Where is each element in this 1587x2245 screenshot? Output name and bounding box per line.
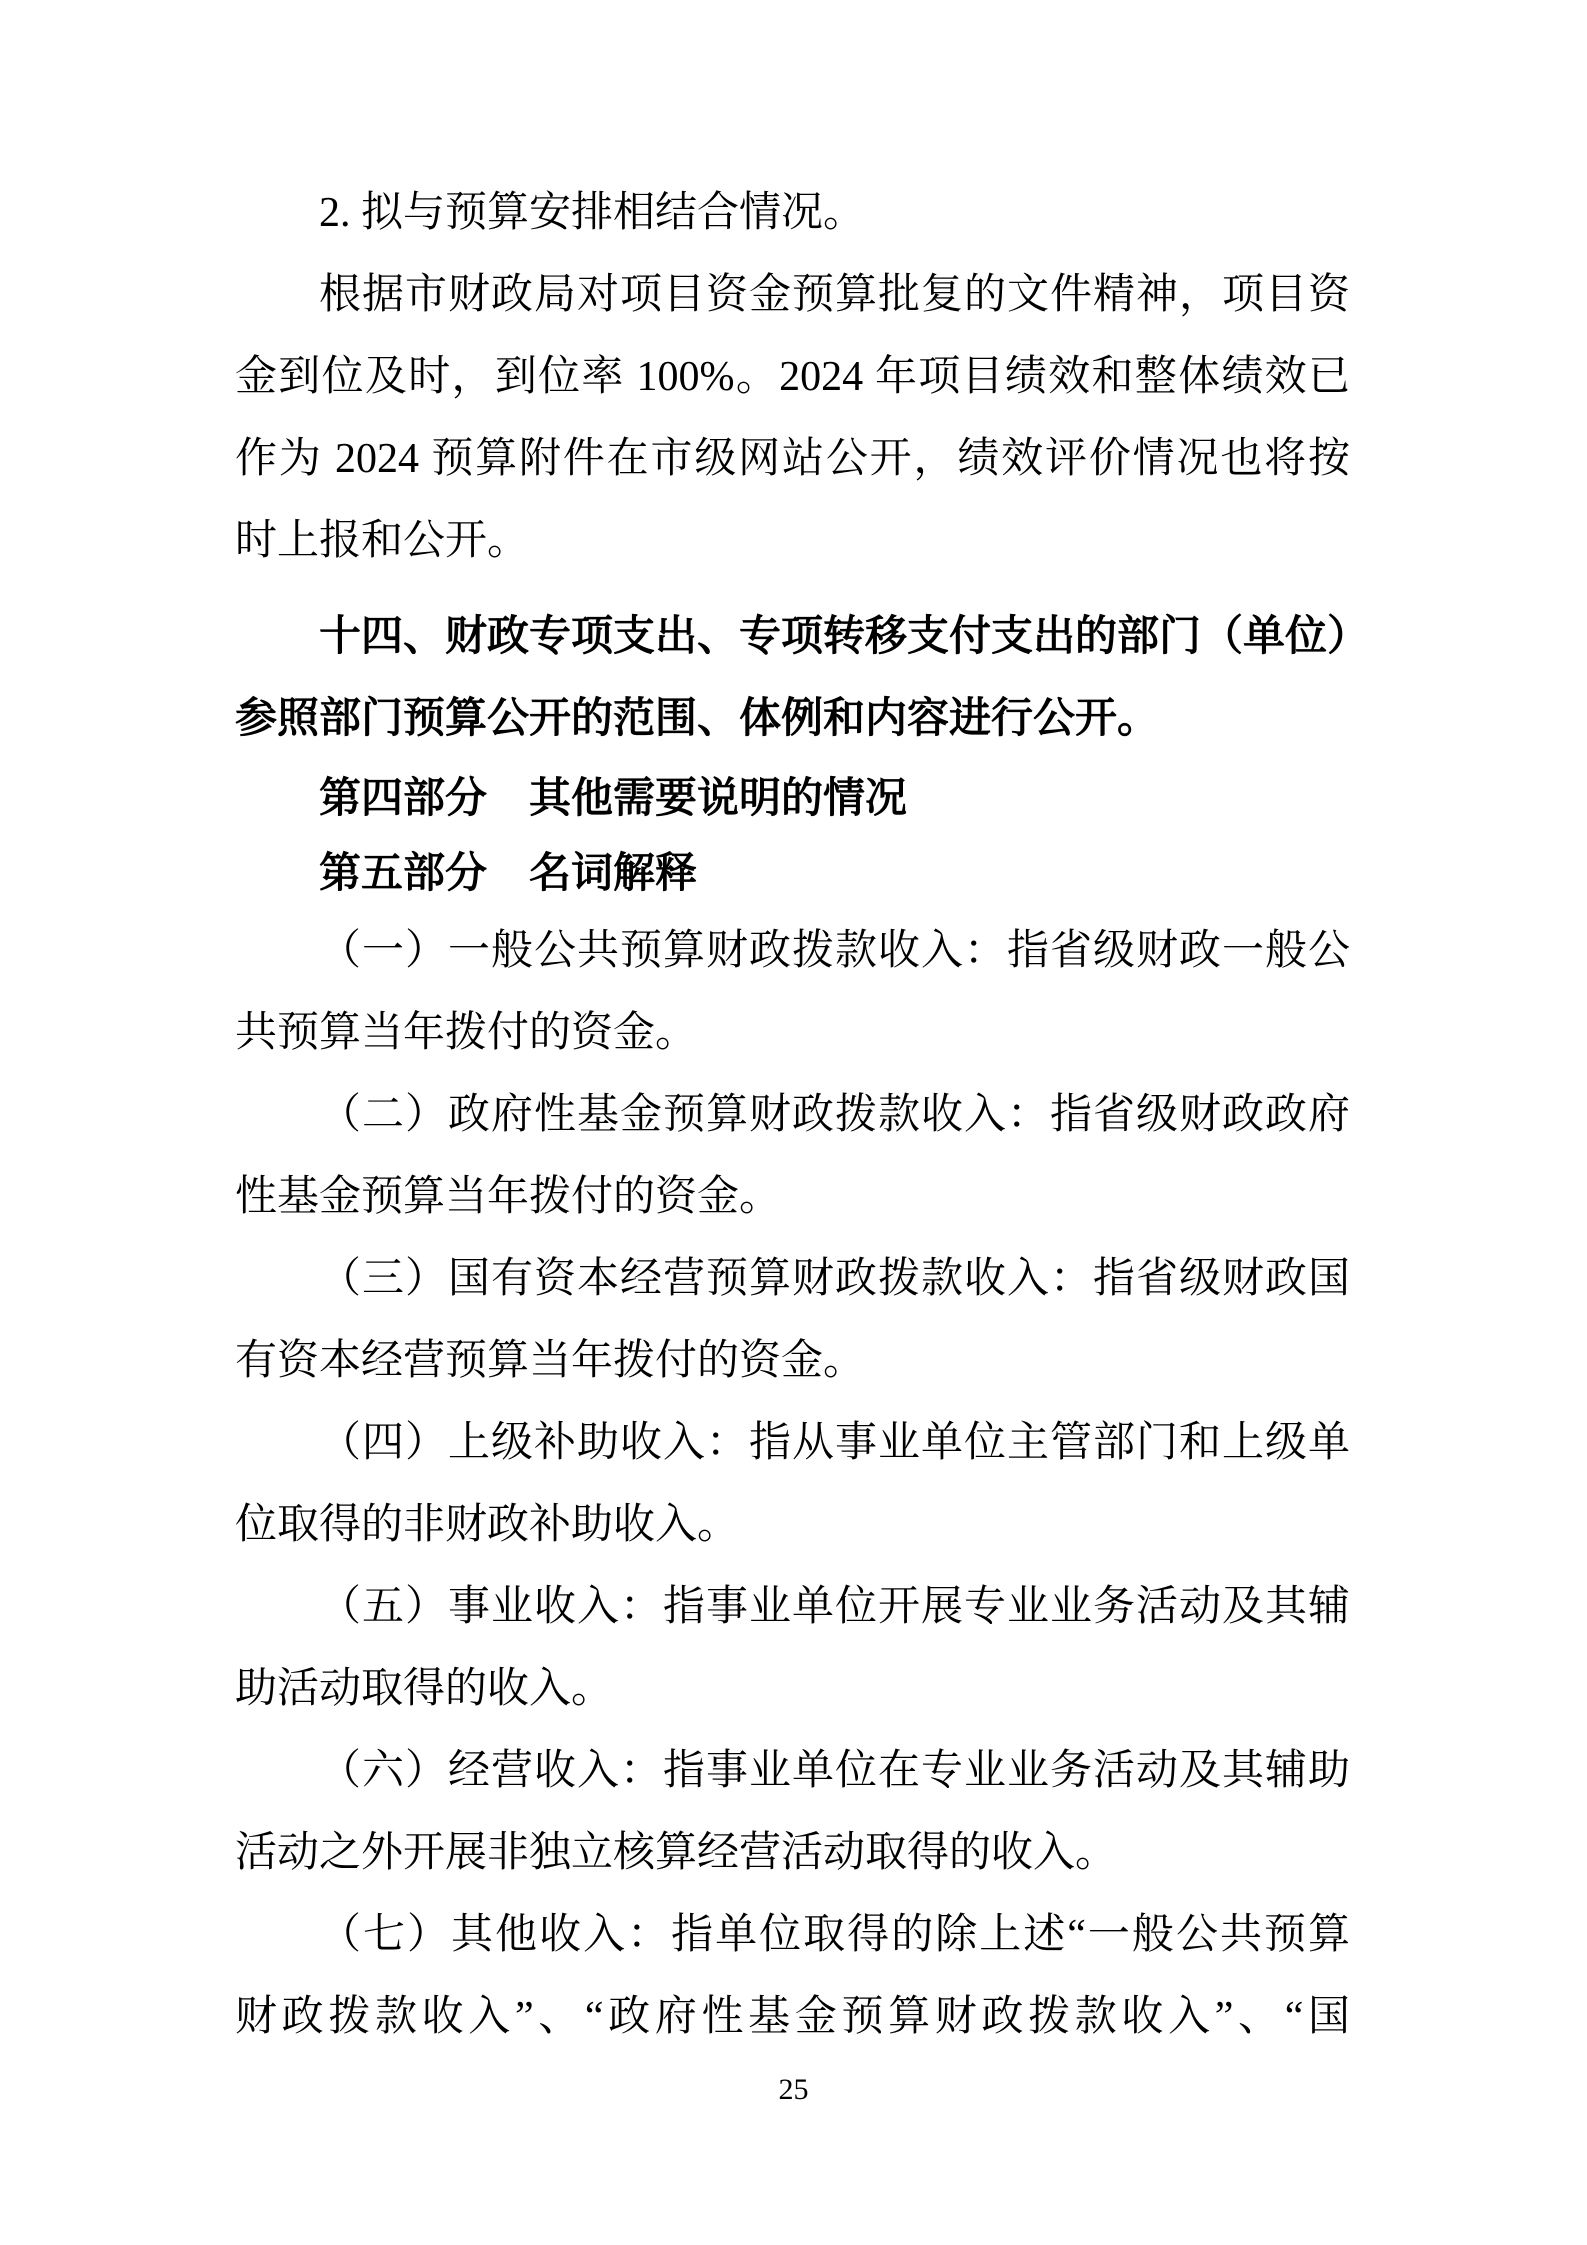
paragraph: 十四、财政专项支出、专项转移支付支出的部门（单位）参照部门预算公开的范围、体例和… [235, 596, 1350, 760]
text-line: 时上报和公开。 [235, 500, 1350, 582]
text-line: 共预算当年拨付的资金。 [235, 992, 1350, 1074]
text-line: （二）政府性基金预算财政拨款收入：指省级财政政府 [235, 1074, 1350, 1156]
paragraph: （七）其他收入：指单位取得的除上述“一般公共预算财政拨款收入”、“政府性基金预算… [235, 1894, 1350, 2058]
text-line: （三）国有资本经营预算财政拨款收入：指省级财政国 [235, 1238, 1350, 1320]
text-line: （七）其他收入：指单位取得的除上述“一般公共预算 [235, 1894, 1350, 1976]
text-line: 有资本经营预算当年拨付的资金。 [235, 1320, 1350, 1402]
text-line: （一）一般公共预算财政拨款收入：指省级财政一般公 [235, 910, 1350, 992]
paragraph: （六）经营收入：指事业单位在专业业务活动及其辅助活动之外开展非独立核算经营活动取… [235, 1730, 1350, 1894]
text-line: 十四、财政专项支出、专项转移支付支出的部门（单位） [235, 596, 1350, 678]
text-line: （四）上级补助收入：指从事业单位主管部门和上级单 [235, 1402, 1350, 1484]
text-line: 第四部分 其他需要说明的情况 [235, 760, 1350, 835]
text-line: 2. 拟与预算安排相结合情况。 [235, 172, 1350, 254]
text-line: （六）经营收入：指事业单位在专业业务活动及其辅助 [235, 1730, 1350, 1812]
paragraph: 第四部分 其他需要说明的情况 [235, 760, 1350, 835]
text-line: 金到位及时，到位率 100%。2024 年项目绩效和整体绩效已 [235, 336, 1350, 418]
text-line: 活动之外开展非独立核算经营活动取得的收入。 [235, 1812, 1350, 1894]
text-line: 助活动取得的收入。 [235, 1648, 1350, 1730]
text-line: 作为 2024 预算附件在市级网站公开，绩效评价情况也将按 [235, 418, 1350, 500]
paragraph: 第五部分 名词解释 [235, 835, 1350, 910]
text-line: 根据市财政局对项目资金预算批复的文件精神，项目资 [235, 254, 1350, 336]
paragraph: 根据市财政局对项目资金预算批复的文件精神，项目资金到位及时，到位率 100%。2… [235, 254, 1350, 582]
document-page: 2. 拟与预算安排相结合情况。根据市财政局对项目资金预算批复的文件精神，项目资金… [0, 0, 1587, 2245]
paragraph: 2. 拟与预算安排相结合情况。 [235, 172, 1350, 254]
paragraph: （一）一般公共预算财政拨款收入：指省级财政一般公共预算当年拨付的资金。 [235, 910, 1350, 1074]
text-line: 位取得的非财政补助收入。 [235, 1484, 1350, 1566]
page-number: 25 [0, 2072, 1587, 2108]
paragraph: （二）政府性基金预算财政拨款收入：指省级财政政府性基金预算当年拨付的资金。 [235, 1074, 1350, 1238]
paragraph: （五）事业收入：指事业单位开展专业业务活动及其辅助活动取得的收入。 [235, 1566, 1350, 1730]
text-line: 性基金预算当年拨付的资金。 [235, 1156, 1350, 1238]
paragraph: （三）国有资本经营预算财政拨款收入：指省级财政国有资本经营预算当年拨付的资金。 [235, 1238, 1350, 1402]
paragraph: （四）上级补助收入：指从事业单位主管部门和上级单位取得的非财政补助收入。 [235, 1402, 1350, 1566]
text-line: （五）事业收入：指事业单位开展专业业务活动及其辅 [235, 1566, 1350, 1648]
text-line: 财政拨款收入”、“政府性基金预算财政拨款收入”、“国 [235, 1976, 1350, 2058]
text-content: 2. 拟与预算安排相结合情况。根据市财政局对项目资金预算批复的文件精神，项目资金… [235, 172, 1350, 2058]
text-line: 参照部门预算公开的范围、体例和内容进行公开。 [235, 678, 1350, 760]
text-line: 第五部分 名词解释 [235, 835, 1350, 910]
